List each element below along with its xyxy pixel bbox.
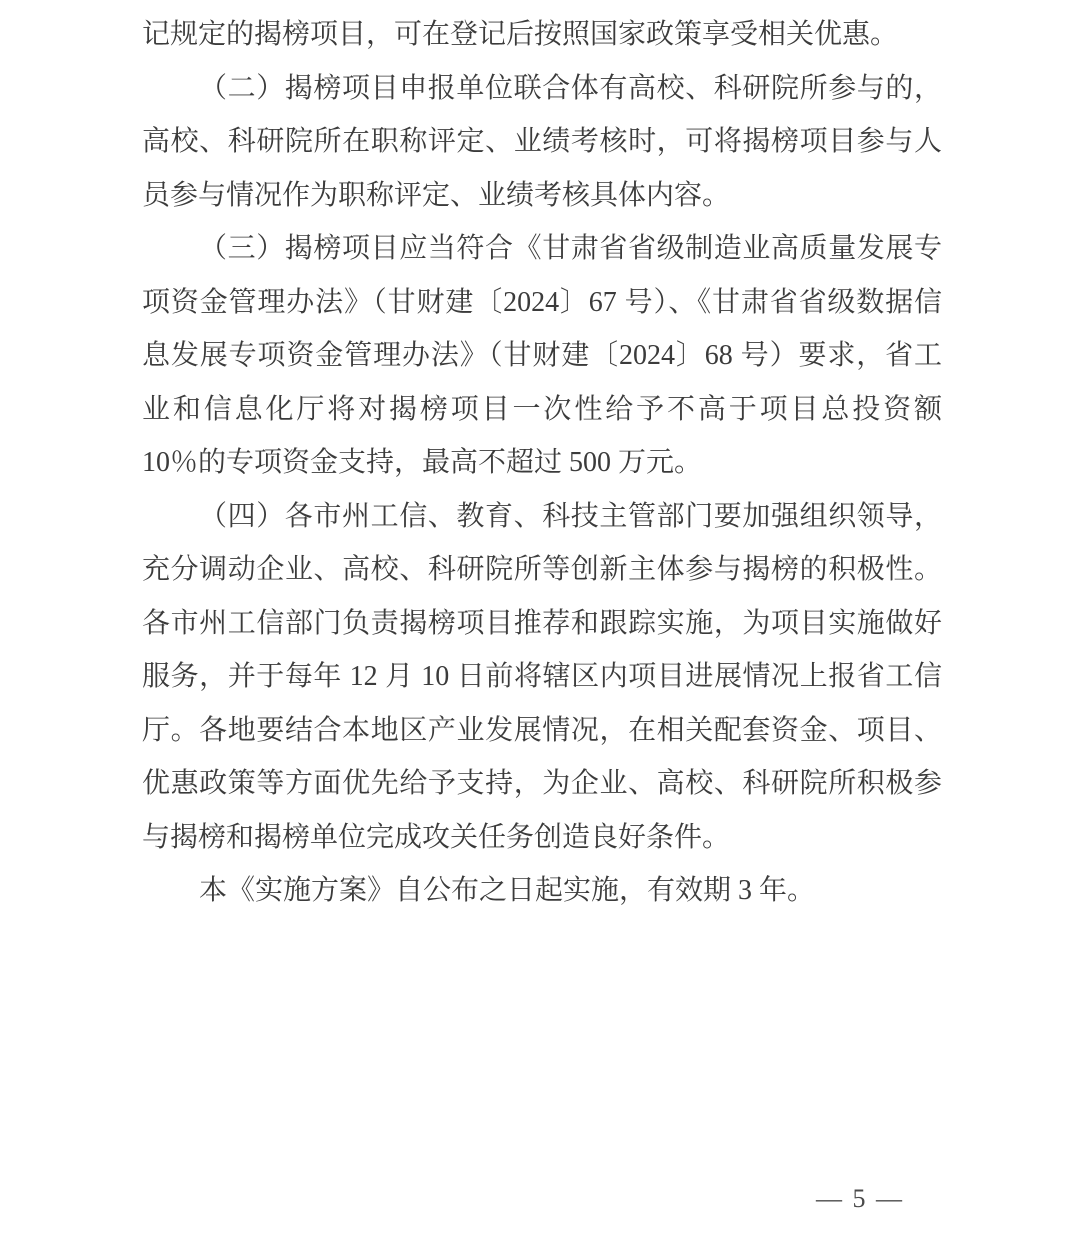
text-line: 业和信息化厅将对揭榜项目一次性给予不高于项目总投资额 [142,383,942,437]
text-line: 与揭榜和揭榜单位完成攻关任务创造良好条件。 [142,811,942,865]
text-line: 10％的专项资金支持，最高不超过 500 万元。 [142,436,942,490]
text-line: 记规定的揭榜项目，可在登记后按照国家政策享受相关优惠。 [142,8,942,62]
text-line: 厅。各地要结合本地区产业发展情况，在相关配套资金、项目、 [142,704,942,758]
text-line: 高校、科研院所在职称评定、业绩考核时，可将揭榜项目参与人 [142,115,942,169]
text-line: （四）各市州工信、教育、科技主管部门要加强组织领导， [142,490,942,544]
text-line: 本《实施方案》自公布之日起实施，有效期 3 年。 [142,864,942,918]
text-line: 充分调动企业、高校、科研院所等创新主体参与揭榜的积极性。 [142,543,942,597]
text-line: 项资金管理办法》（甘财建〔2024〕67 号）、《甘肃省省级数据信 [142,276,942,330]
document-page: 记规定的揭榜项目，可在登记后按照国家政策享受相关优惠。 （二）揭榜项目申报单位联… [0,0,1080,1237]
text-line: 服务，并于每年 12 月 10 日前将辖区内项目进展情况上报省工信 [142,650,942,704]
text-line: 息发展专项资金管理办法》（甘财建〔2024〕68 号）要求，省工 [142,329,942,383]
text-line: 员参与情况作为职称评定、业绩考核具体内容。 [142,169,942,223]
document-text-block: 记规定的揭榜项目，可在登记后按照国家政策享受相关优惠。 （二）揭榜项目申报单位联… [142,8,942,918]
text-line: （二）揭榜项目申报单位联合体有高校、科研院所参与的， [142,62,942,116]
text-line: 优惠政策等方面优先给予支持，为企业、高校、科研院所积极参 [142,757,942,811]
text-line: 各市州工信部门负责揭榜项目推荐和跟踪实施，为项目实施做好 [142,597,942,651]
page-number: — 5 — [790,1184,930,1214]
text-line: （三）揭榜项目应当符合《甘肃省省级制造业高质量发展专 [142,222,942,276]
